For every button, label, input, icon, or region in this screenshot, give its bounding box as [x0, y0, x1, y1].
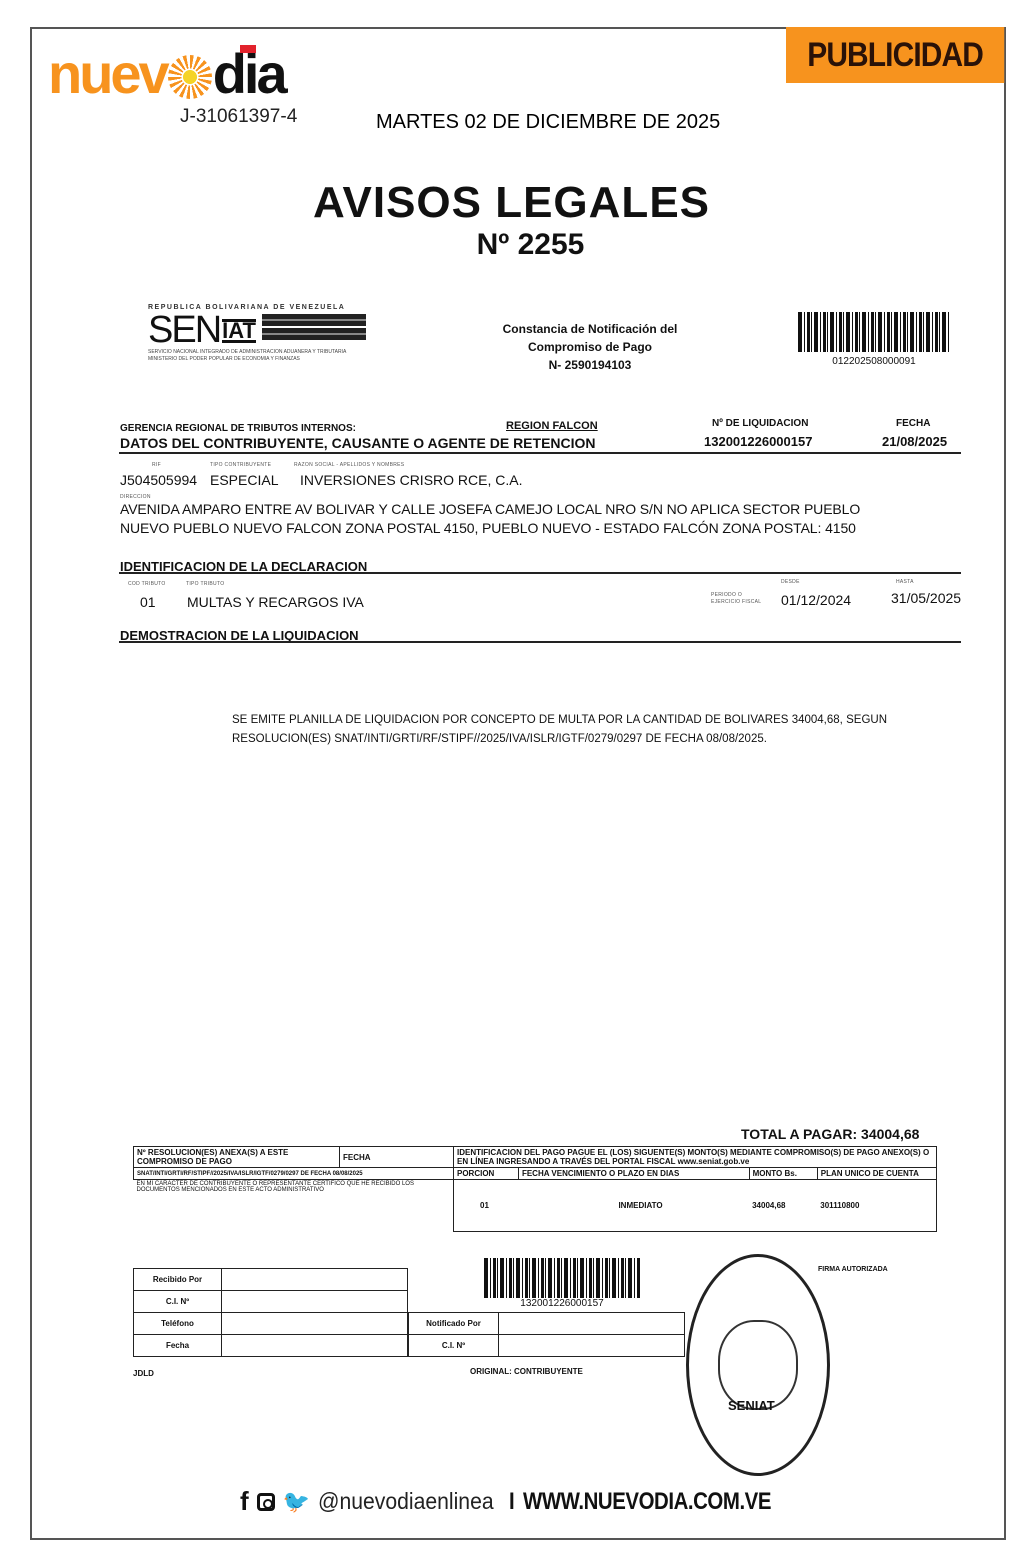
liquidacion-label: Nº DE LIQUIDACION [712, 418, 808, 429]
ci-field [222, 1291, 408, 1313]
direccion-value: AVENIDA AMPARO ENTRE AV BOLIVAR Y CALLE … [120, 500, 980, 538]
total-to-pay: TOTAL A PAGAR: 34004,68 [741, 1126, 919, 1142]
divider [119, 572, 961, 574]
logo-text-nuev: nuev [48, 42, 167, 105]
razon-label: RAZON SOCIAL - APELLIDOS Y NOMBRES [294, 462, 404, 468]
rif-label: RIF [152, 462, 161, 468]
fecha-field [222, 1335, 408, 1357]
recibido-label: Recibido Por [134, 1269, 222, 1291]
twitter-icon[interactable]: 🐦 [283, 1489, 310, 1515]
telefono-field [222, 1313, 408, 1335]
issuer-subtitle: SERVICIO NACIONAL INTEGRADO DE ADMINISTR… [148, 349, 373, 356]
region-label: REGION FALCON [506, 420, 598, 432]
cod-tributo: 01 [140, 594, 156, 610]
notificado-label: Notificado Por [409, 1313, 499, 1335]
barcode-top [798, 312, 950, 352]
datos-heading: DATOS DEL CONTRIBUYENTE, CAUSANTE O AGEN… [120, 435, 596, 451]
row-porcion: 01 [454, 1180, 519, 1232]
logo-iat: IAT [222, 319, 256, 343]
initials: JDLD [133, 1369, 154, 1378]
tipo-tributo: MULTAS Y RECARGOS IVA [187, 594, 364, 610]
logo-text-dia: dia [213, 42, 285, 105]
nuevodia-logo: nuevdia [48, 46, 285, 102]
social-handle[interactable]: @nuevodiaenlinea [318, 1488, 494, 1515]
instagram-icon[interactable] [257, 1493, 275, 1511]
desde-label: DESDE [781, 579, 800, 585]
periodo-label: PERIODO O EJERCICIO FISCAL [711, 592, 771, 606]
copy-label: ORIGINAL: CONTRIBUYENTE [470, 1367, 583, 1376]
doc-title-line1: Constancia de Notificación del [470, 320, 710, 338]
hasta-value: 31/05/2025 [891, 590, 961, 606]
desde-value: 01/12/2024 [781, 592, 851, 608]
tipo-value: ESPECIAL [210, 472, 278, 488]
ci-label: C.I. Nº [134, 1291, 222, 1313]
separator: I [509, 1488, 514, 1516]
barcode-bottom-number: 132001226000157 [484, 1298, 640, 1309]
certify-text: EN MI CARACTER DE CONTRIBUYENTE O REPRES… [134, 1180, 454, 1232]
coat-of-arms-icon [718, 1320, 798, 1410]
fecha-label: FECHA [896, 418, 930, 429]
razon-value: INVERSIONES CRISRO RCE, C.A. [300, 472, 522, 488]
document-title: Constancia de Notificación del Compromis… [470, 320, 710, 374]
signature-table: Recibido Por C.I. Nº Teléfono Fecha [133, 1268, 408, 1357]
payment-table: Nº RESOLUCION(ES) ANEXA(S) A ESTE COMPRO… [133, 1146, 937, 1232]
notice-number: Nº 2255 [0, 228, 1027, 262]
col-fecha-vencimiento: FECHA VENCIMIENTO O PLAZO EN DIAS [518, 1168, 749, 1180]
ci2-field [499, 1335, 685, 1357]
row-monto: 34004,68 [749, 1180, 817, 1232]
seniat-logo: REPUBLICA BOLIVARIANA DE VENEZUELA SENIA… [148, 304, 373, 363]
tipo-label: TIPO CONTRIBUYENTE [210, 462, 271, 468]
liquidation-statement: SE EMITE PLANILLA DE LIQUIDACION POR CON… [232, 711, 887, 749]
identificacion-header: IDENTIFICACION DEL PAGO PAGUE EL (LOS) S… [454, 1147, 937, 1168]
doc-title-line2: Compromiso de Pago [470, 338, 710, 356]
telefono-label: Teléfono [134, 1313, 222, 1335]
ci2-label: C.I. Nº [409, 1335, 499, 1357]
firma-autorizada: FIRMA AUTORIZADA [818, 1266, 888, 1273]
cod-tributo-label: COD TRIBUTO [128, 581, 166, 587]
publication-date: MARTES 02 DE DICIEMBRE DE 2025 [376, 111, 720, 134]
website-link[interactable]: WWW.NUEVODIA.COM.VE [523, 1488, 771, 1516]
publisher-rif: J-31061397-4 [180, 106, 297, 128]
liquidacion-value: 132001226000157 [704, 434, 812, 449]
rif-value: J504505994 [120, 472, 197, 488]
direccion-line2: NUEVO PUEBLO NUEVO FALCON ZONA POSTAL 41… [120, 519, 980, 538]
notificado-table: Notificado Por C.I. Nº [408, 1312, 685, 1357]
fecha-header: FECHA [340, 1147, 454, 1168]
barcode-top-number: 012202508000091 [798, 356, 950, 367]
tipo-tributo-label: TIPO TRIBUTO [186, 581, 224, 587]
col-plan-cuenta: PLAN UNICO DE CUENTA [817, 1168, 936, 1180]
divider [119, 641, 961, 643]
resolucion-header: Nº RESOLUCION(ES) ANEXA(S) A ESTE COMPRO… [134, 1147, 340, 1168]
barcode-bottom [484, 1258, 640, 1298]
footer: f 🐦 @nuevodiaenlinea I WWW.NUEVODIA.COM.… [240, 1486, 815, 1517]
fecha-value: 21/08/2025 [882, 434, 947, 449]
hasta-label: HASTA [896, 579, 914, 585]
row-fecha: INMEDIATO [518, 1180, 749, 1232]
facebook-icon[interactable]: f [240, 1486, 249, 1517]
gerencia-label: GERENCIA REGIONAL DE TRIBUTOS INTERNOS: [120, 423, 356, 434]
notificado-field [499, 1313, 685, 1335]
logo-sen: SEN [148, 311, 220, 349]
col-monto: MONTO Bs. [749, 1168, 817, 1180]
recibido-field [222, 1269, 408, 1291]
row-plan: 301110800 [817, 1180, 936, 1232]
doc-number: N- 2590194103 [470, 356, 710, 374]
col-porcion: PORCION [454, 1168, 519, 1180]
fecha-label: Fecha [134, 1335, 222, 1357]
direccion-line1: AVENIDA AMPARO ENTRE AV BOLIVAR Y CALLE … [120, 500, 980, 519]
sun-icon [168, 55, 212, 99]
section-badge: PUBLICIDAD [786, 27, 1004, 83]
issuer-ministry: MINISTERIO DEL PODER POPULAR DE ECONOMIA… [148, 356, 373, 363]
divider [119, 452, 961, 454]
page-title: AVISOS LEGALES [0, 178, 1025, 228]
stamp-text: SENIAT [728, 1398, 775, 1413]
logo-bars [262, 314, 366, 340]
resolucion-value: SNAT/INTI/GRTI/RF/STIPF//2025/IVA/ISLR/I… [134, 1168, 454, 1180]
